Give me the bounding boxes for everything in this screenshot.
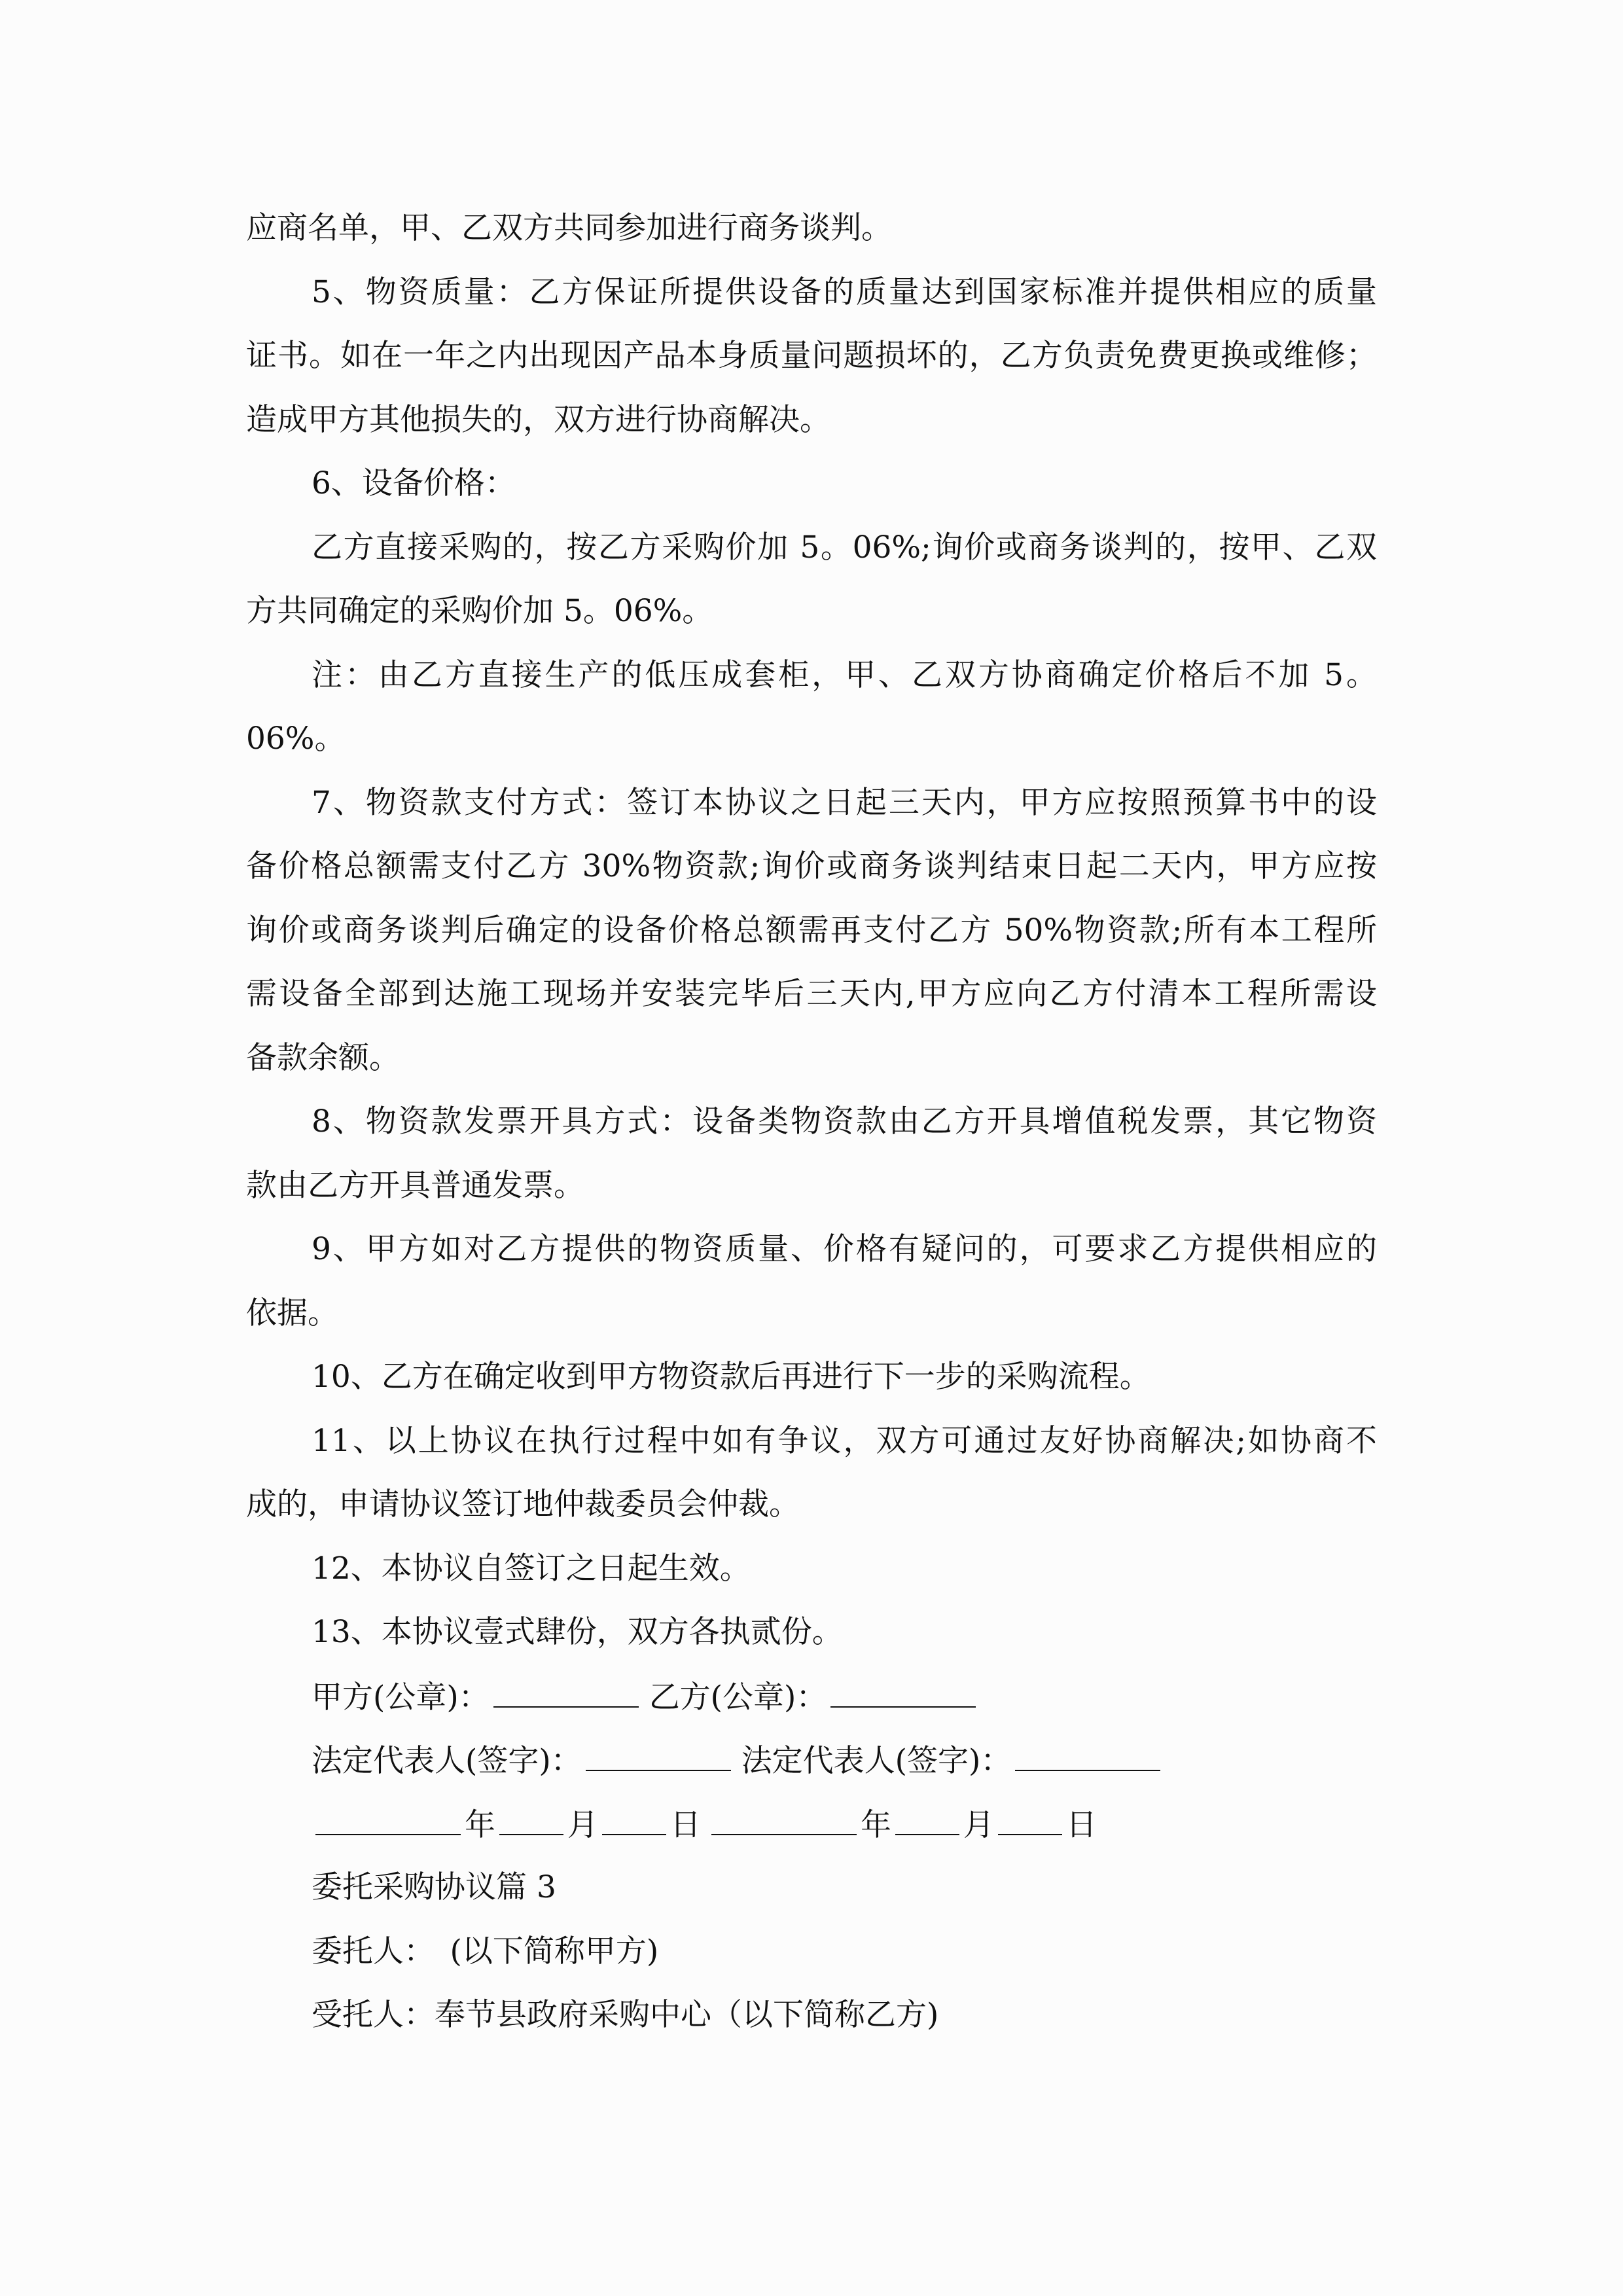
party-a-year-field[interactable] [315,1804,461,1835]
party-b-seal-label: 乙方(公章)： [649,1679,827,1715]
party-a-rep-label: 法定代表人(签字)： [312,1743,582,1779]
clause-line: 5、物资质量：乙方保证所提供设备的质量达到国家标准并提供相应的质量 [246,272,1377,336]
agent-line: 受托人：奉节县政府采购中心（以下简称乙方) [246,1995,1377,2059]
party-b-day-field[interactable] [998,1804,1062,1835]
party-b-month-field[interactable] [895,1804,959,1835]
day-label: 日 [670,1807,701,1843]
clause-12-effective-date: 12、本协议自签订之日起生效。 [246,1549,1377,1613]
party-b-seal-field[interactable] [830,1676,976,1708]
clause-13-copies: 13、本协议壹式肆份，双方各执贰份。 [246,1612,1377,1676]
party-b-rep-label: 法定代表人(签字)： [741,1743,1012,1779]
clause-line: 13、本协议壹式肆份，双方各执贰份。 [246,1612,1377,1676]
party-a-day-field[interactable] [602,1804,666,1835]
document-page: 应商名单，甲、乙双方共同参加进行商务谈判。 5、物资质量：乙方保证所提供设备的质… [0,0,1623,2296]
year-label: 年 [861,1807,891,1843]
principal-line: 委托人： (以下简称甲方) [246,1931,1377,1996]
representative-row: 法定代表人(签字)：法定代表人(签字)： [246,1740,1377,1804]
party-a-seal-field[interactable] [493,1676,639,1708]
clause-line: 8、物资款发票开具方式：设备类物资款由乙方开具增值税发票，其它物资 [246,1102,1377,1166]
clause-line: 9、甲方如对乙方提供的物资质量、价格有疑问的，可要求乙方提供相应的 [246,1229,1377,1293]
continuation-line: 应商名单，甲、乙双方共同参加进行商务谈判。 [246,208,1377,272]
party-a-rep-field[interactable] [586,1740,731,1771]
year-label: 年 [465,1807,495,1843]
clause-line: 询价或商务谈判后确定的设备价格总额需再支付乙方 50%物资款;所有本工程所 [246,910,1377,975]
clause-5-material-quality: 5、物资质量：乙方保证所提供设备的质量达到国家标准并提供相应的质量 证书。如在一… [246,272,1377,464]
date-row: 年月日年月日 [246,1804,1377,1868]
clause-10-procurement-flow: 10、乙方在确定收到甲方物资款后再进行下一步的采购流程。 [246,1357,1377,1421]
party-b-year-field[interactable] [711,1804,857,1835]
clause-heading: 6、设备价格： [246,463,1377,528]
clause-6-equipment-price: 6、设备价格： [246,463,1377,528]
day-label: 日 [1066,1807,1097,1843]
clause-line: 款由乙方开具普通发票。 [246,1166,1377,1230]
clause-7-payment-method: 7、物资款支付方式：签订本协议之日起三天内，甲方应按照预算书中的设 备价格总额需… [246,783,1377,1102]
clause-line: 12、本协议自签订之日起生效。 [246,1549,1377,1613]
clause-line: 依据。 [246,1293,1377,1357]
clause-line: 10、乙方在确定收到甲方物资款后再进行下一步的采购流程。 [246,1357,1377,1421]
clause-line: 11、以上协议在执行过程中如有争议，双方可通过友好协商解决;如协商不 [246,1421,1377,1485]
party-a-month-field[interactable] [499,1804,563,1835]
clause-line: 注：由乙方直接生产的低压成套柜，甲、乙双方协商确定价格后不加 5。 [246,655,1377,719]
clause-9-dispute-basis: 9、甲方如对乙方提供的物资质量、价格有疑问的，可要求乙方提供相应的 依据。 [246,1229,1377,1357]
clause-line: 造成甲方其他损失的，双方进行协商解决。 [246,400,1377,464]
clause-8-invoice-method: 8、物资款发票开具方式：设备类物资款由乙方开具增值税发票，其它物资 款由乙方开具… [246,1102,1377,1229]
clause-line: 证书。如在一年之内出现因产品本身质量问题损坏的，乙方负责免费更换或维修； [246,336,1377,400]
clause-line: 备价格总额需支付乙方 30%物资款;询价或商务谈判结束日起二天内，甲方应按 [246,846,1377,910]
clause-6-pricing-rule: 乙方直接采购的，按乙方采购价加 5。06%;询价或商务谈判的，按甲、乙双 方共同… [246,528,1377,655]
month-label: 月 [963,1807,994,1843]
clause-line: 方共同确定的采购价加 5。06%。 [246,591,1377,655]
clause-11-arbitration: 11、以上协议在执行过程中如有争议，双方可通过友好协商解决;如协商不 成的，申请… [246,1421,1377,1549]
party-a-seal-label: 甲方(公章)： [312,1679,490,1715]
seal-row: 甲方(公章)：乙方(公章)： [246,1676,1377,1740]
clause-6-note: 注：由乙方直接生产的低压成套柜，甲、乙双方协商确定价格后不加 5。 06%。 [246,655,1377,783]
document-body: 应商名单，甲、乙双方共同参加进行商务谈判。 5、物资质量：乙方保证所提供设备的质… [246,208,1377,2059]
clause-line: 乙方直接采购的，按乙方采购价加 5。06%;询价或商务谈判的，按甲、乙双 [246,528,1377,592]
party-b-rep-field[interactable] [1015,1740,1160,1771]
clause-line: 成的，申请协议签订地仲裁委员会仲裁。 [246,1484,1377,1549]
clause-line: 7、物资款支付方式：签订本协议之日起三天内，甲方应按照预算书中的设 [246,783,1377,847]
clause-line: 备款余额。 [246,1038,1377,1102]
clause-line: 需设备全部到达施工现场并安装完毕后三天内,甲方应向乙方付清本工程所需设 [246,974,1377,1038]
clause-line: 06%。 [246,719,1377,783]
month-label: 月 [567,1807,598,1843]
section-title: 委托采购协议篇 3 [246,1867,1377,1931]
